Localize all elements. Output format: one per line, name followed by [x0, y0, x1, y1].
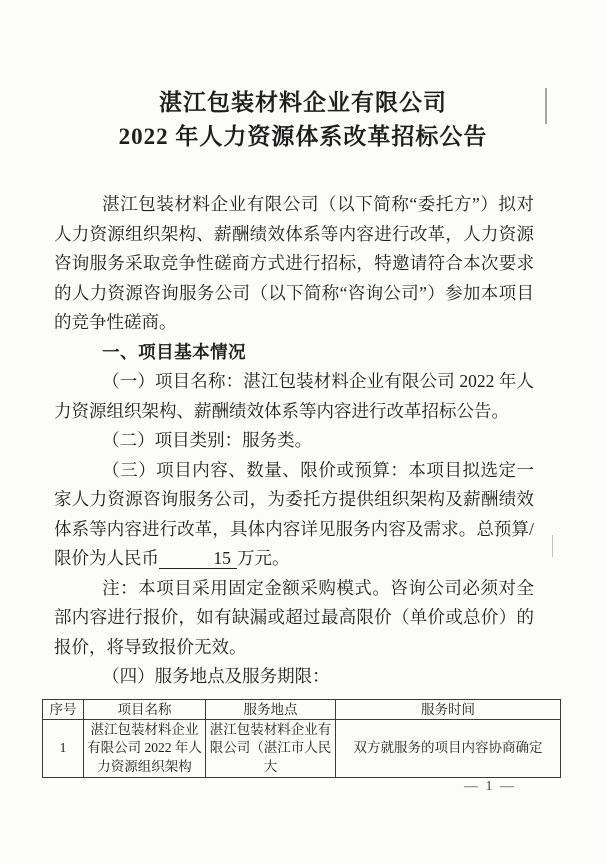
document-title: 湛江包装材料企业有限公司 2022 年人力资源体系改革招标公告 — [0, 86, 606, 154]
section-heading-basic-info: 一、项目基本情况 — [54, 338, 534, 368]
page-number: — 1 — — [464, 779, 516, 795]
scan-line-artifact — [545, 88, 547, 124]
table-row: 1 湛江包装材料企业有限公司 2022 年人力资源组织架构 湛江包装材料企业有限… — [43, 719, 561, 778]
item-project-name: （一）项目名称：湛江包装材料企业有限公司 2022 年人力资源组织架构、薪酬绩效… — [54, 367, 534, 426]
table-header-project-name: 项目名称 — [84, 699, 206, 719]
title-line-company: 湛江包装材料企业有限公司 — [0, 86, 606, 120]
document-body: 湛江包装材料企业有限公司（以下简称“委托方”）拟对人力资源组织架构、薪酬绩效体系… — [54, 190, 534, 692]
table-header-service-time: 服务时间 — [336, 699, 561, 719]
cell-service-location: 湛江包装材料企业有限公司（湛江市人民大 — [206, 719, 336, 778]
table-header-service-location: 服务地点 — [206, 699, 336, 719]
project-content-unit: 万元。 — [237, 548, 290, 568]
table-header-no: 序号 — [43, 699, 84, 719]
intro-paragraph: 湛江包装材料企业有限公司（以下简称“委托方”）拟对人力资源组织架构、薪酬绩效体系… — [54, 190, 534, 338]
cell-project-name: 湛江包装材料企业有限公司 2022 年人力资源组织架构 — [84, 719, 206, 778]
cell-service-time: 双方就服务的项目内容协商确定 — [336, 719, 561, 778]
item-service-location-heading: （四）服务地点及服务期限： — [54, 662, 534, 692]
title-line-subject: 2022 年人力资源体系改革招标公告 — [0, 120, 606, 154]
item-project-content: （三）项目内容、数量、限价或预算：本项目拟选定一家人力资源咨询服务公司，为委托方… — [54, 456, 534, 574]
budget-amount-blank: 15 — [159, 549, 237, 569]
project-content-text: （三）项目内容、数量、限价或预算：本项目拟选定一家人力资源咨询服务公司，为委托方… — [54, 460, 534, 569]
service-table: 序号 项目名称 服务地点 服务时间 1 湛江包装材料企业有限公司 2022 年人… — [42, 699, 561, 779]
document-page: 湛江包装材料企业有限公司 2022 年人力资源体系改革招标公告 湛江包装材料企业… — [0, 0, 606, 864]
scan-line-artifact — [552, 535, 553, 557]
note-paragraph: 注：本项目采用固定金额采购模式。咨询公司必须对全部内容进行报价，如有缺漏或超过最… — [54, 574, 534, 663]
item-project-category: （二）项目类别：服务类。 — [54, 426, 534, 456]
cell-no: 1 — [43, 719, 84, 778]
table-header-row: 序号 项目名称 服务地点 服务时间 — [43, 699, 561, 719]
